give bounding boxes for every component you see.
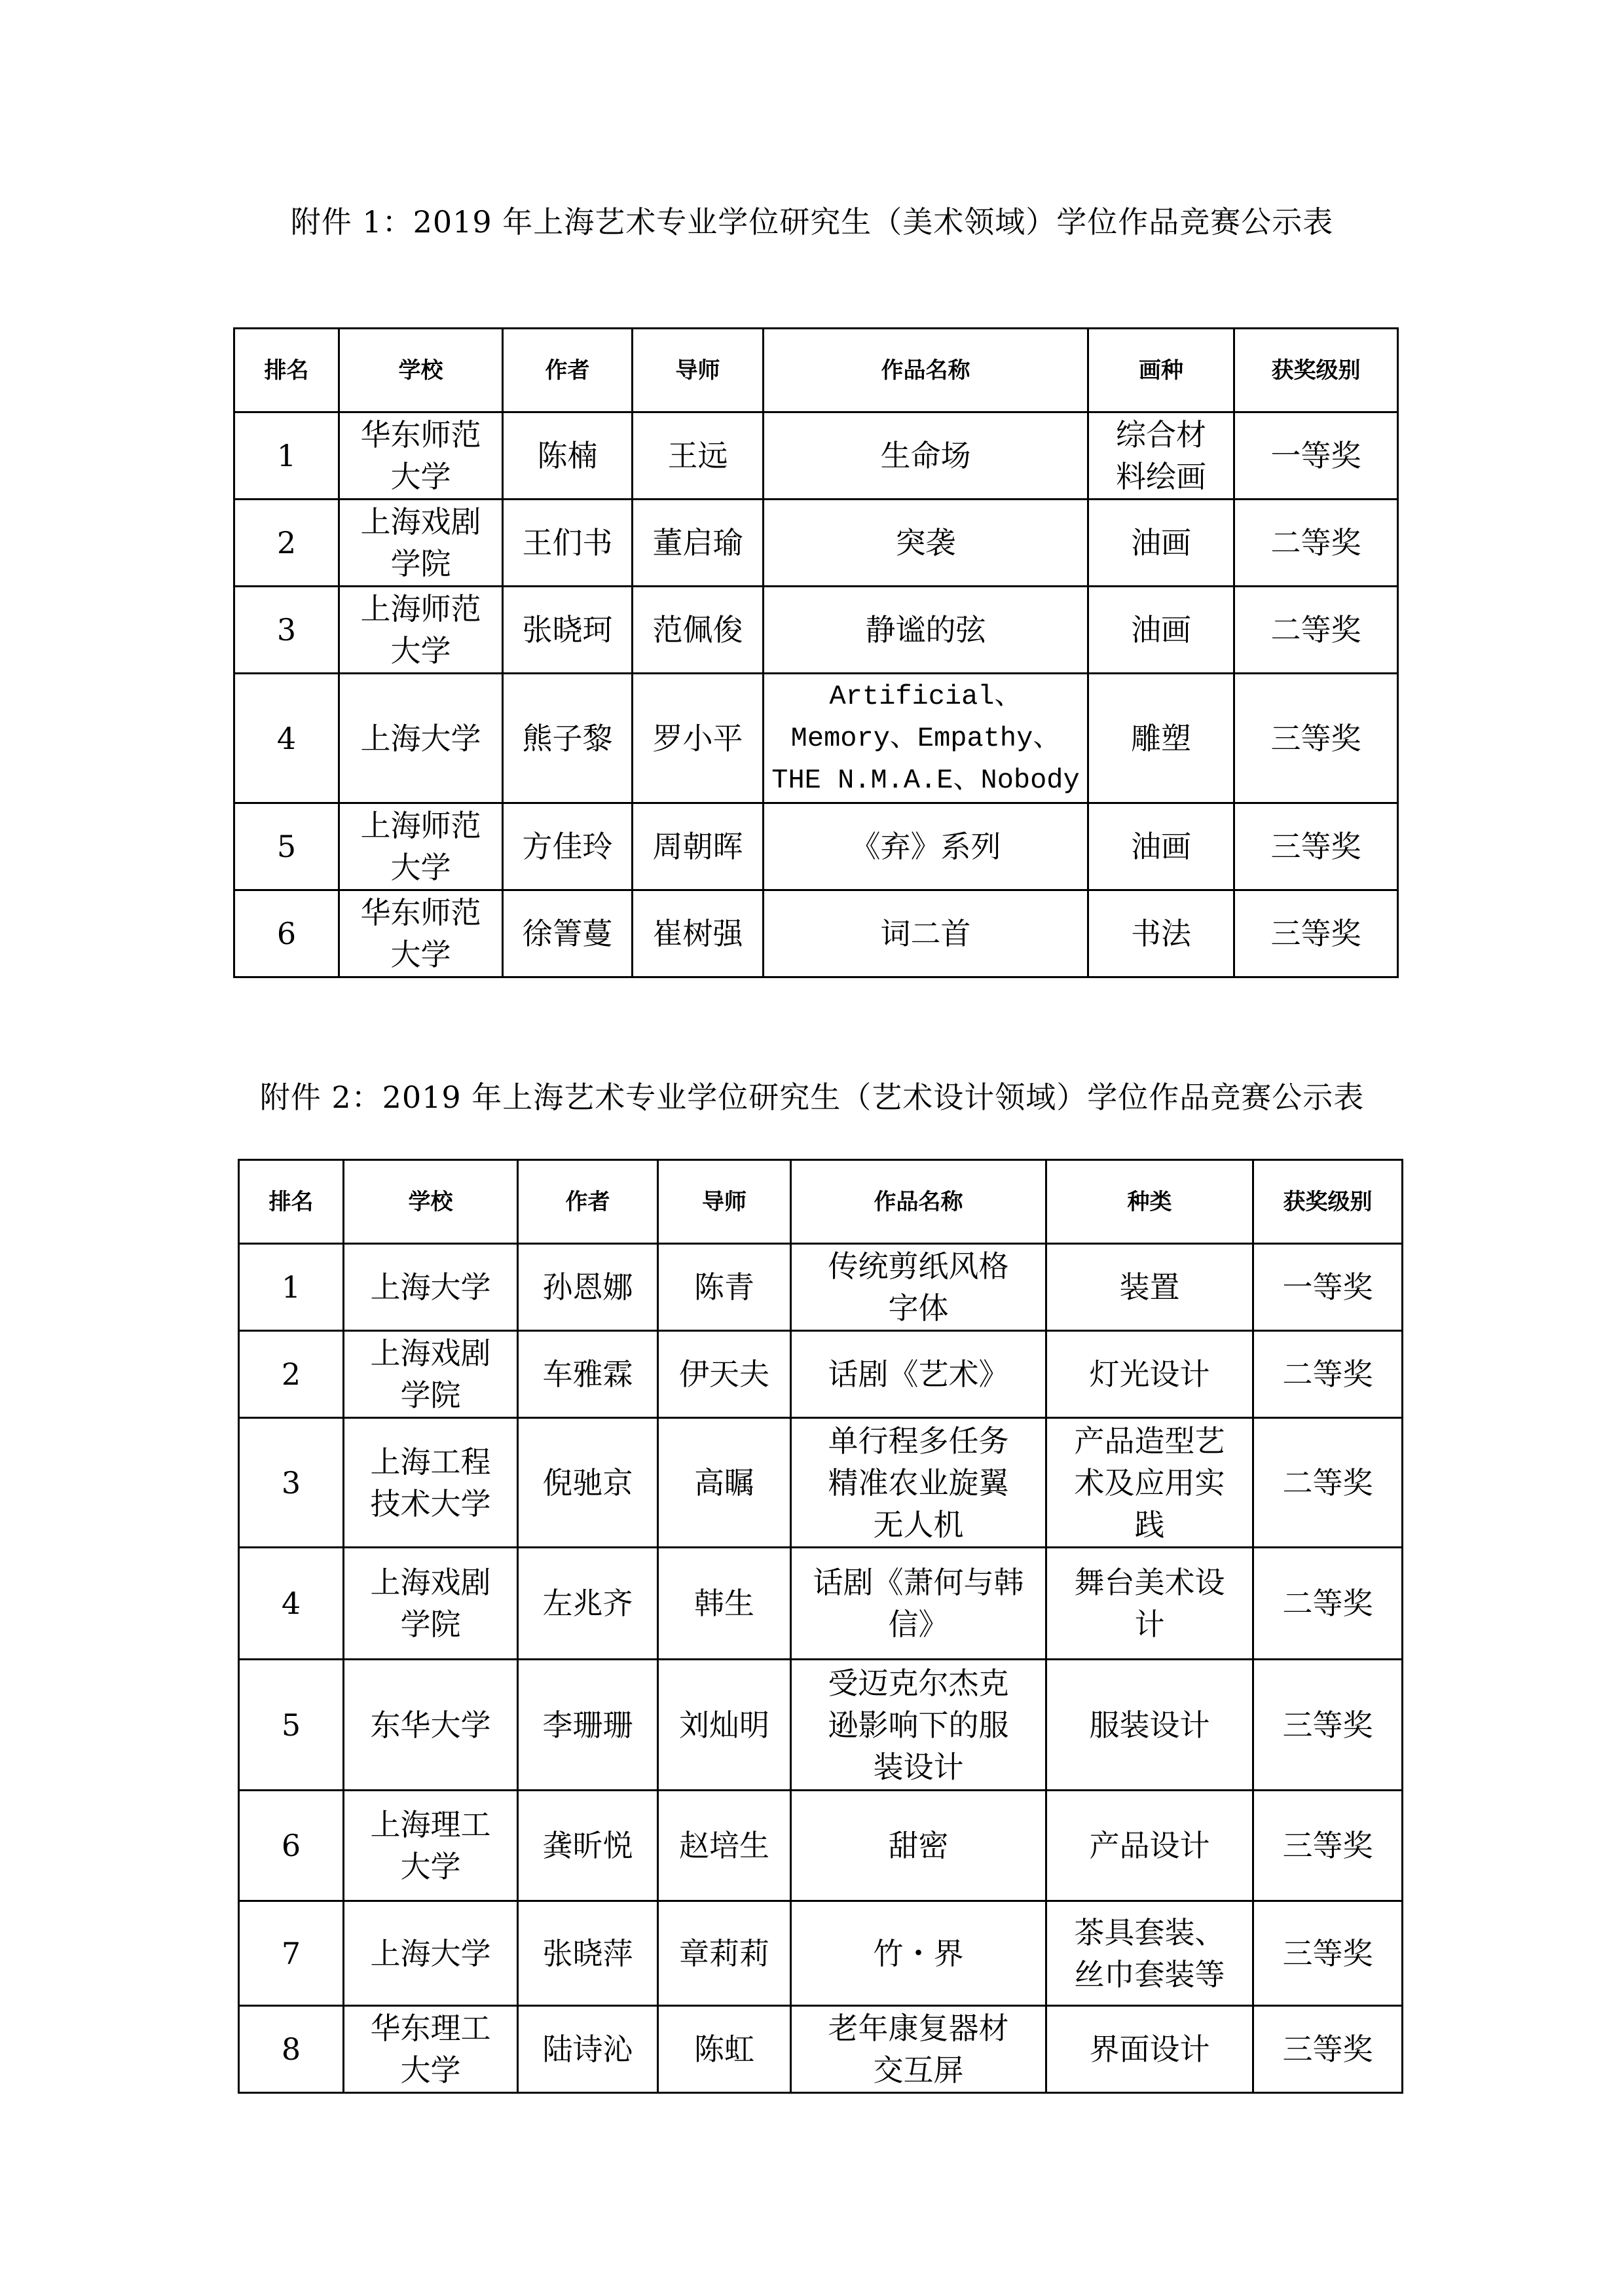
rank-cell: 1 bbox=[234, 412, 339, 500]
header-author: 作者 bbox=[503, 329, 633, 412]
table-row: 4上海戏剧学院左兆齐韩生话剧《萧何与韩信》舞台美术设计二等奖 bbox=[239, 1548, 1403, 1660]
header-rank: 排名 bbox=[234, 329, 339, 412]
school-cell: 上海师范大学 bbox=[339, 587, 503, 674]
advisor-cell: 高瞩 bbox=[658, 1418, 791, 1548]
advisor-cell: 董启瑜 bbox=[633, 500, 764, 587]
cell-line: 精准农业旋翼 bbox=[796, 1462, 1041, 1504]
table-row: 5东华大学李珊珊刘灿明受迈克尔杰克逊影响下的服装设计服装设计三等奖 bbox=[239, 1660, 1403, 1791]
school-cell: 上海戏剧学院 bbox=[344, 1331, 518, 1418]
advisor-cell: 韩生 bbox=[658, 1548, 791, 1660]
cell-line: 界面设计 bbox=[1051, 2028, 1248, 2070]
table-row: 6上海理工大学龚昕悦赵培生甜密产品设计三等奖 bbox=[239, 1791, 1403, 1901]
cell-line: 产品设计 bbox=[1051, 1825, 1248, 1867]
cell-line: 受迈克尔杰克 bbox=[796, 1662, 1041, 1704]
rank-cell: 5 bbox=[239, 1660, 344, 1791]
table-row: 2上海戏剧学院车雅霖伊天夫话剧《艺术》灯光设计二等奖 bbox=[239, 1331, 1403, 1418]
school-cell: 上海戏剧学院 bbox=[344, 1548, 518, 1660]
cell-line: 上海大学 bbox=[344, 718, 498, 759]
rank-cell: 6 bbox=[239, 1791, 344, 1901]
rank-cell: 2 bbox=[234, 500, 339, 587]
table-row: 3上海工程技术大学倪驰京高瞩单行程多任务精准农业旋翼无人机产品造型艺术及应用实践… bbox=[239, 1418, 1403, 1548]
work-title-cell: 《弃》系列 bbox=[764, 803, 1088, 890]
cell-line: 大学 bbox=[348, 1846, 513, 1887]
award-cell: 三等奖 bbox=[1234, 803, 1398, 890]
header-author: 作者 bbox=[518, 1160, 658, 1244]
cell-line: 华东师范 bbox=[344, 892, 498, 934]
advisor-cell: 崔树强 bbox=[633, 890, 764, 977]
type-cell: 油画 bbox=[1088, 587, 1234, 674]
work-title-cell: 传统剪纸风格字体 bbox=[791, 1244, 1046, 1331]
work-title-cell: 词二首 bbox=[764, 890, 1088, 977]
table2-header-row: 排名 学校 作者 导师 作品名称 种类 获奖级别 bbox=[239, 1160, 1403, 1244]
header-award: 获奖级别 bbox=[1234, 329, 1398, 412]
cell-line: 综合材 bbox=[1093, 414, 1229, 456]
cell-line: 技术大学 bbox=[348, 1483, 513, 1525]
rank-cell: 2 bbox=[239, 1331, 344, 1418]
type-cell: 产品造型艺术及应用实践 bbox=[1046, 1418, 1253, 1548]
award-cell: 二等奖 bbox=[1253, 1418, 1403, 1548]
type-cell: 雕塑 bbox=[1088, 674, 1234, 803]
table-row: 8华东理工大学陆诗沁陈虹老年康复器材交互屏界面设计三等奖 bbox=[239, 2006, 1403, 2093]
cell-line: 学院 bbox=[348, 1603, 513, 1645]
cell-line: 上海大学 bbox=[348, 1266, 513, 1308]
cell-line: 书法 bbox=[1093, 913, 1229, 955]
cell-line: 单行程多任务 bbox=[796, 1420, 1041, 1462]
author-cell: 龚昕悦 bbox=[518, 1791, 658, 1901]
cell-line: 上海师范 bbox=[344, 805, 498, 847]
award-cell: 二等奖 bbox=[1234, 587, 1398, 674]
type-cell: 服装设计 bbox=[1046, 1660, 1253, 1791]
work-title-cell: 受迈克尔杰克逊影响下的服装设计 bbox=[791, 1660, 1046, 1791]
author-cell: 李珊珊 bbox=[518, 1660, 658, 1791]
type-cell: 灯光设计 bbox=[1046, 1331, 1253, 1418]
cell-line: 大学 bbox=[344, 934, 498, 975]
cell-line: 学院 bbox=[348, 1374, 513, 1416]
header-school: 学校 bbox=[339, 329, 503, 412]
cell-line: 上海戏剧 bbox=[348, 1332, 513, 1374]
school-cell: 上海大学 bbox=[344, 1244, 518, 1331]
header-work-title: 作品名称 bbox=[791, 1160, 1046, 1244]
school-cell: 上海戏剧学院 bbox=[339, 500, 503, 587]
type-cell: 油画 bbox=[1088, 803, 1234, 890]
cell-line: 油画 bbox=[1093, 609, 1229, 651]
cell-line: 静谧的弦 bbox=[768, 609, 1083, 651]
work-title-cell: 生命场 bbox=[764, 412, 1088, 500]
cell-line: 上海戏剧 bbox=[348, 1561, 513, 1603]
award-cell: 二等奖 bbox=[1253, 1331, 1403, 1418]
cell-line: 《弃》系列 bbox=[768, 826, 1083, 867]
cell-line: 装设计 bbox=[796, 1746, 1041, 1788]
cell-line: 上海工程 bbox=[348, 1441, 513, 1483]
header-work-title: 作品名称 bbox=[764, 329, 1088, 412]
rank-cell: 8 bbox=[239, 2006, 344, 2093]
rank-cell: 3 bbox=[234, 587, 339, 674]
author-cell: 陆诗沁 bbox=[518, 2006, 658, 2093]
cell-line: 服装设计 bbox=[1051, 1704, 1248, 1746]
author-cell: 左兆齐 bbox=[518, 1548, 658, 1660]
advisor-cell: 章莉莉 bbox=[658, 1901, 791, 2006]
header-category: 种类 bbox=[1046, 1160, 1253, 1244]
author-cell: 张晓萍 bbox=[518, 1901, 658, 2006]
type-cell: 茶具套装、丝巾套装等 bbox=[1046, 1901, 1253, 2006]
cell-line: 突袭 bbox=[768, 522, 1083, 564]
cell-line: 大学 bbox=[344, 630, 498, 672]
cell-line: 逊影响下的服 bbox=[796, 1704, 1041, 1746]
award-cell: 一等奖 bbox=[1234, 412, 1398, 500]
type-cell: 舞台美术设计 bbox=[1046, 1548, 1253, 1660]
rank-cell: 5 bbox=[234, 803, 339, 890]
type-cell: 界面设计 bbox=[1046, 2006, 1253, 2093]
cell-line: 大学 bbox=[344, 847, 498, 888]
school-cell: 华东理工大学 bbox=[344, 2006, 518, 2093]
cell-line: 生命场 bbox=[768, 435, 1083, 477]
award-cell: 三等奖 bbox=[1234, 674, 1398, 803]
advisor-cell: 范佩俊 bbox=[633, 587, 764, 674]
advisor-cell: 罗小平 bbox=[633, 674, 764, 803]
work-title-cell: 静谧的弦 bbox=[764, 587, 1088, 674]
cell-line: 料绘画 bbox=[1093, 456, 1229, 498]
rank-cell: 4 bbox=[234, 674, 339, 803]
cell-line: 上海理工 bbox=[348, 1804, 513, 1846]
cell-line: 话剧《萧何与韩 bbox=[796, 1561, 1041, 1603]
cell-line: 雕塑 bbox=[1093, 718, 1229, 759]
award-cell: 三等奖 bbox=[1253, 1660, 1403, 1791]
table-row: 7上海大学张晓萍章莉莉竹・界茶具套装、丝巾套装等三等奖 bbox=[239, 1901, 1403, 2006]
cell-line: 华东理工 bbox=[348, 2007, 513, 2049]
school-cell: 上海工程技术大学 bbox=[344, 1418, 518, 1548]
table1-title: 附件 1：2019 年上海艺术专业学位研究生（美术领域）学位作品竞赛公示表 bbox=[0, 198, 1624, 242]
work-title-cell: 突袭 bbox=[764, 500, 1088, 587]
table-row: 1上海大学孙恩娜陈青传统剪纸风格字体装置一等奖 bbox=[239, 1244, 1403, 1331]
header-rank: 排名 bbox=[239, 1160, 344, 1244]
table-row: 2上海戏剧学院王们书董启瑜突袭油画二等奖 bbox=[234, 500, 1398, 587]
work-title-cell: 甜密 bbox=[791, 1791, 1046, 1901]
header-award: 获奖级别 bbox=[1253, 1160, 1403, 1244]
author-cell: 熊子黎 bbox=[503, 674, 633, 803]
cell-line: 交互屏 bbox=[796, 2049, 1041, 2091]
rank-cell: 4 bbox=[239, 1548, 344, 1660]
advisor-cell: 赵培生 bbox=[658, 1791, 791, 1901]
author-cell: 徐箐蔓 bbox=[503, 890, 633, 977]
rank-cell: 1 bbox=[239, 1244, 344, 1331]
cell-line: 上海戏剧 bbox=[344, 501, 498, 543]
art-design-results-table: 排名 学校 作者 导师 作品名称 种类 获奖级别 1上海大学孙恩娜陈青传统剪纸风… bbox=[238, 1159, 1403, 2094]
rank-cell: 7 bbox=[239, 1901, 344, 2006]
work-title-cell: 老年康复器材交互屏 bbox=[791, 2006, 1046, 2093]
cell-line: 传统剪纸风格 bbox=[796, 1245, 1041, 1287]
work-title-cell: 单行程多任务精准农业旋翼无人机 bbox=[791, 1418, 1046, 1548]
author-cell: 张晓珂 bbox=[503, 587, 633, 674]
table1-header-row: 排名 学校 作者 导师 作品名称 画种 获奖级别 bbox=[234, 329, 1398, 412]
cell-line: THE N.M.A.E、Nobody bbox=[768, 759, 1083, 801]
cell-line: 竹・界 bbox=[796, 1933, 1041, 1975]
cell-line: 计 bbox=[1051, 1603, 1248, 1645]
type-cell: 装置 bbox=[1046, 1244, 1253, 1331]
cell-line: 茶具套装、 bbox=[1051, 1912, 1248, 1954]
school-cell: 上海大学 bbox=[344, 1901, 518, 2006]
table2-title: 附件 2：2019 年上海艺术专业学位研究生（艺术设计领域）学位作品竞赛公示表 bbox=[0, 1074, 1624, 1117]
table-row: 5上海师范大学方佳玲周朝晖《弃》系列油画三等奖 bbox=[234, 803, 1398, 890]
school-cell: 华东师范大学 bbox=[339, 412, 503, 500]
advisor-cell: 陈虹 bbox=[658, 2006, 791, 2093]
cell-line: Memory、Empathy、 bbox=[768, 718, 1083, 759]
work-title-cell: 话剧《艺术》 bbox=[791, 1331, 1046, 1418]
cell-line: Artificial、 bbox=[768, 676, 1083, 718]
header-advisor: 导师 bbox=[658, 1160, 791, 1244]
advisor-cell: 伊天夫 bbox=[658, 1331, 791, 1418]
cell-line: 字体 bbox=[796, 1287, 1041, 1329]
cell-line: 大学 bbox=[344, 456, 498, 498]
cell-line: 油画 bbox=[1093, 522, 1229, 564]
cell-line: 灯光设计 bbox=[1051, 1353, 1248, 1395]
school-cell: 华东师范大学 bbox=[339, 890, 503, 977]
cell-line: 术及应用实 bbox=[1051, 1462, 1248, 1504]
cell-line: 上海师范 bbox=[344, 588, 498, 630]
header-advisor: 导师 bbox=[633, 329, 764, 412]
cell-line: 油画 bbox=[1093, 826, 1229, 867]
table-row: 6华东师范大学徐箐蔓崔树强词二首书法三等奖 bbox=[234, 890, 1398, 977]
table-row: 3上海师范大学张晓珂范佩俊静谧的弦油画二等奖 bbox=[234, 587, 1398, 674]
cell-line: 产品造型艺 bbox=[1051, 1420, 1248, 1462]
table-row: 1华东师范大学陈楠王远生命场综合材料绘画一等奖 bbox=[234, 412, 1398, 500]
author-cell: 倪驰京 bbox=[518, 1418, 658, 1548]
cell-line: 东华大学 bbox=[348, 1704, 513, 1746]
cell-line: 上海大学 bbox=[348, 1933, 513, 1975]
cell-line: 话剧《艺术》 bbox=[796, 1353, 1041, 1395]
work-title-cell: 话剧《萧何与韩信》 bbox=[791, 1548, 1046, 1660]
award-cell: 二等奖 bbox=[1234, 500, 1398, 587]
award-cell: 三等奖 bbox=[1253, 1901, 1403, 2006]
rank-cell: 3 bbox=[239, 1418, 344, 1548]
type-cell: 产品设计 bbox=[1046, 1791, 1253, 1901]
table-row: 4上海大学熊子黎罗小平Artificial、Memory、Empathy、THE… bbox=[234, 674, 1398, 803]
school-cell: 上海理工大学 bbox=[344, 1791, 518, 1901]
work-title-cell: Artificial、Memory、Empathy、THE N.M.A.E、No… bbox=[764, 674, 1088, 803]
award-cell: 三等奖 bbox=[1253, 1791, 1403, 1901]
header-medium: 画种 bbox=[1088, 329, 1234, 412]
cell-line: 丝巾套装等 bbox=[1051, 1954, 1248, 1995]
author-cell: 孙恩娜 bbox=[518, 1244, 658, 1331]
cell-line: 老年康复器材 bbox=[796, 2007, 1041, 2049]
author-cell: 方佳玲 bbox=[503, 803, 633, 890]
cell-line: 甜密 bbox=[796, 1825, 1041, 1867]
cell-line: 词二首 bbox=[768, 913, 1083, 955]
advisor-cell: 周朝晖 bbox=[633, 803, 764, 890]
cell-line: 华东师范 bbox=[344, 414, 498, 456]
advisor-cell: 陈青 bbox=[658, 1244, 791, 1331]
advisor-cell: 王远 bbox=[633, 412, 764, 500]
cell-line: 舞台美术设 bbox=[1051, 1561, 1248, 1603]
type-cell: 油画 bbox=[1088, 500, 1234, 587]
cell-line: 学院 bbox=[344, 543, 498, 585]
school-cell: 上海大学 bbox=[339, 674, 503, 803]
award-cell: 三等奖 bbox=[1234, 890, 1398, 977]
cell-line: 装置 bbox=[1051, 1266, 1248, 1308]
type-cell: 综合材料绘画 bbox=[1088, 412, 1234, 500]
advisor-cell: 刘灿明 bbox=[658, 1660, 791, 1791]
school-cell: 东华大学 bbox=[344, 1660, 518, 1791]
rank-cell: 6 bbox=[234, 890, 339, 977]
header-school: 学校 bbox=[344, 1160, 518, 1244]
school-cell: 上海师范大学 bbox=[339, 803, 503, 890]
cell-line: 大学 bbox=[348, 2049, 513, 2091]
cell-line: 信》 bbox=[796, 1603, 1041, 1645]
award-cell: 三等奖 bbox=[1253, 2006, 1403, 2093]
author-cell: 车雅霖 bbox=[518, 1331, 658, 1418]
type-cell: 书法 bbox=[1088, 890, 1234, 977]
award-cell: 二等奖 bbox=[1253, 1548, 1403, 1660]
fine-arts-results-table: 排名 学校 作者 导师 作品名称 画种 获奖级别 1华东师范大学陈楠王远生命场综… bbox=[233, 327, 1399, 978]
award-cell: 一等奖 bbox=[1253, 1244, 1403, 1331]
author-cell: 王们书 bbox=[503, 500, 633, 587]
author-cell: 陈楠 bbox=[503, 412, 633, 500]
cell-line: 践 bbox=[1051, 1504, 1248, 1546]
cell-line: 无人机 bbox=[796, 1504, 1041, 1546]
work-title-cell: 竹・界 bbox=[791, 1901, 1046, 2006]
